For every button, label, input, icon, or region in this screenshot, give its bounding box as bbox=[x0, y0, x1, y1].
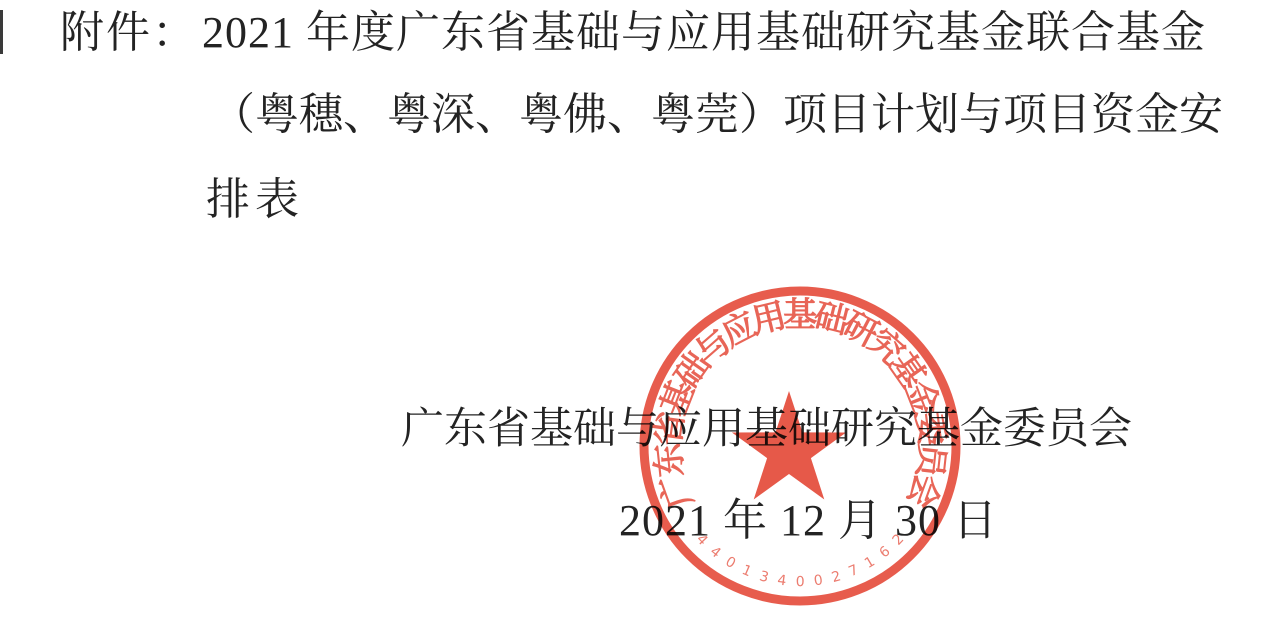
title-line-1: 2021 年度广东省基础与应用基础研究基金联合基金 bbox=[202, 8, 1206, 57]
official-seal-stamp: 广东省基础与应用基础研究基金委员会 4401340027162 bbox=[637, 285, 963, 607]
title-line-2: （粤穗、粤深、粤佛、粤莞）项目计划与项目资金安 bbox=[211, 90, 1223, 139]
document-page: 附件： 2021 年度广东省基础与应用基础研究基金联合基金 （粤穗、粤深、粤佛、… bbox=[0, 0, 1279, 631]
scan-edge-artifact bbox=[0, 10, 3, 54]
title-line-3: 排表 bbox=[206, 175, 304, 224]
attachment-label: 附件： bbox=[60, 8, 198, 57]
star-icon bbox=[732, 391, 846, 500]
